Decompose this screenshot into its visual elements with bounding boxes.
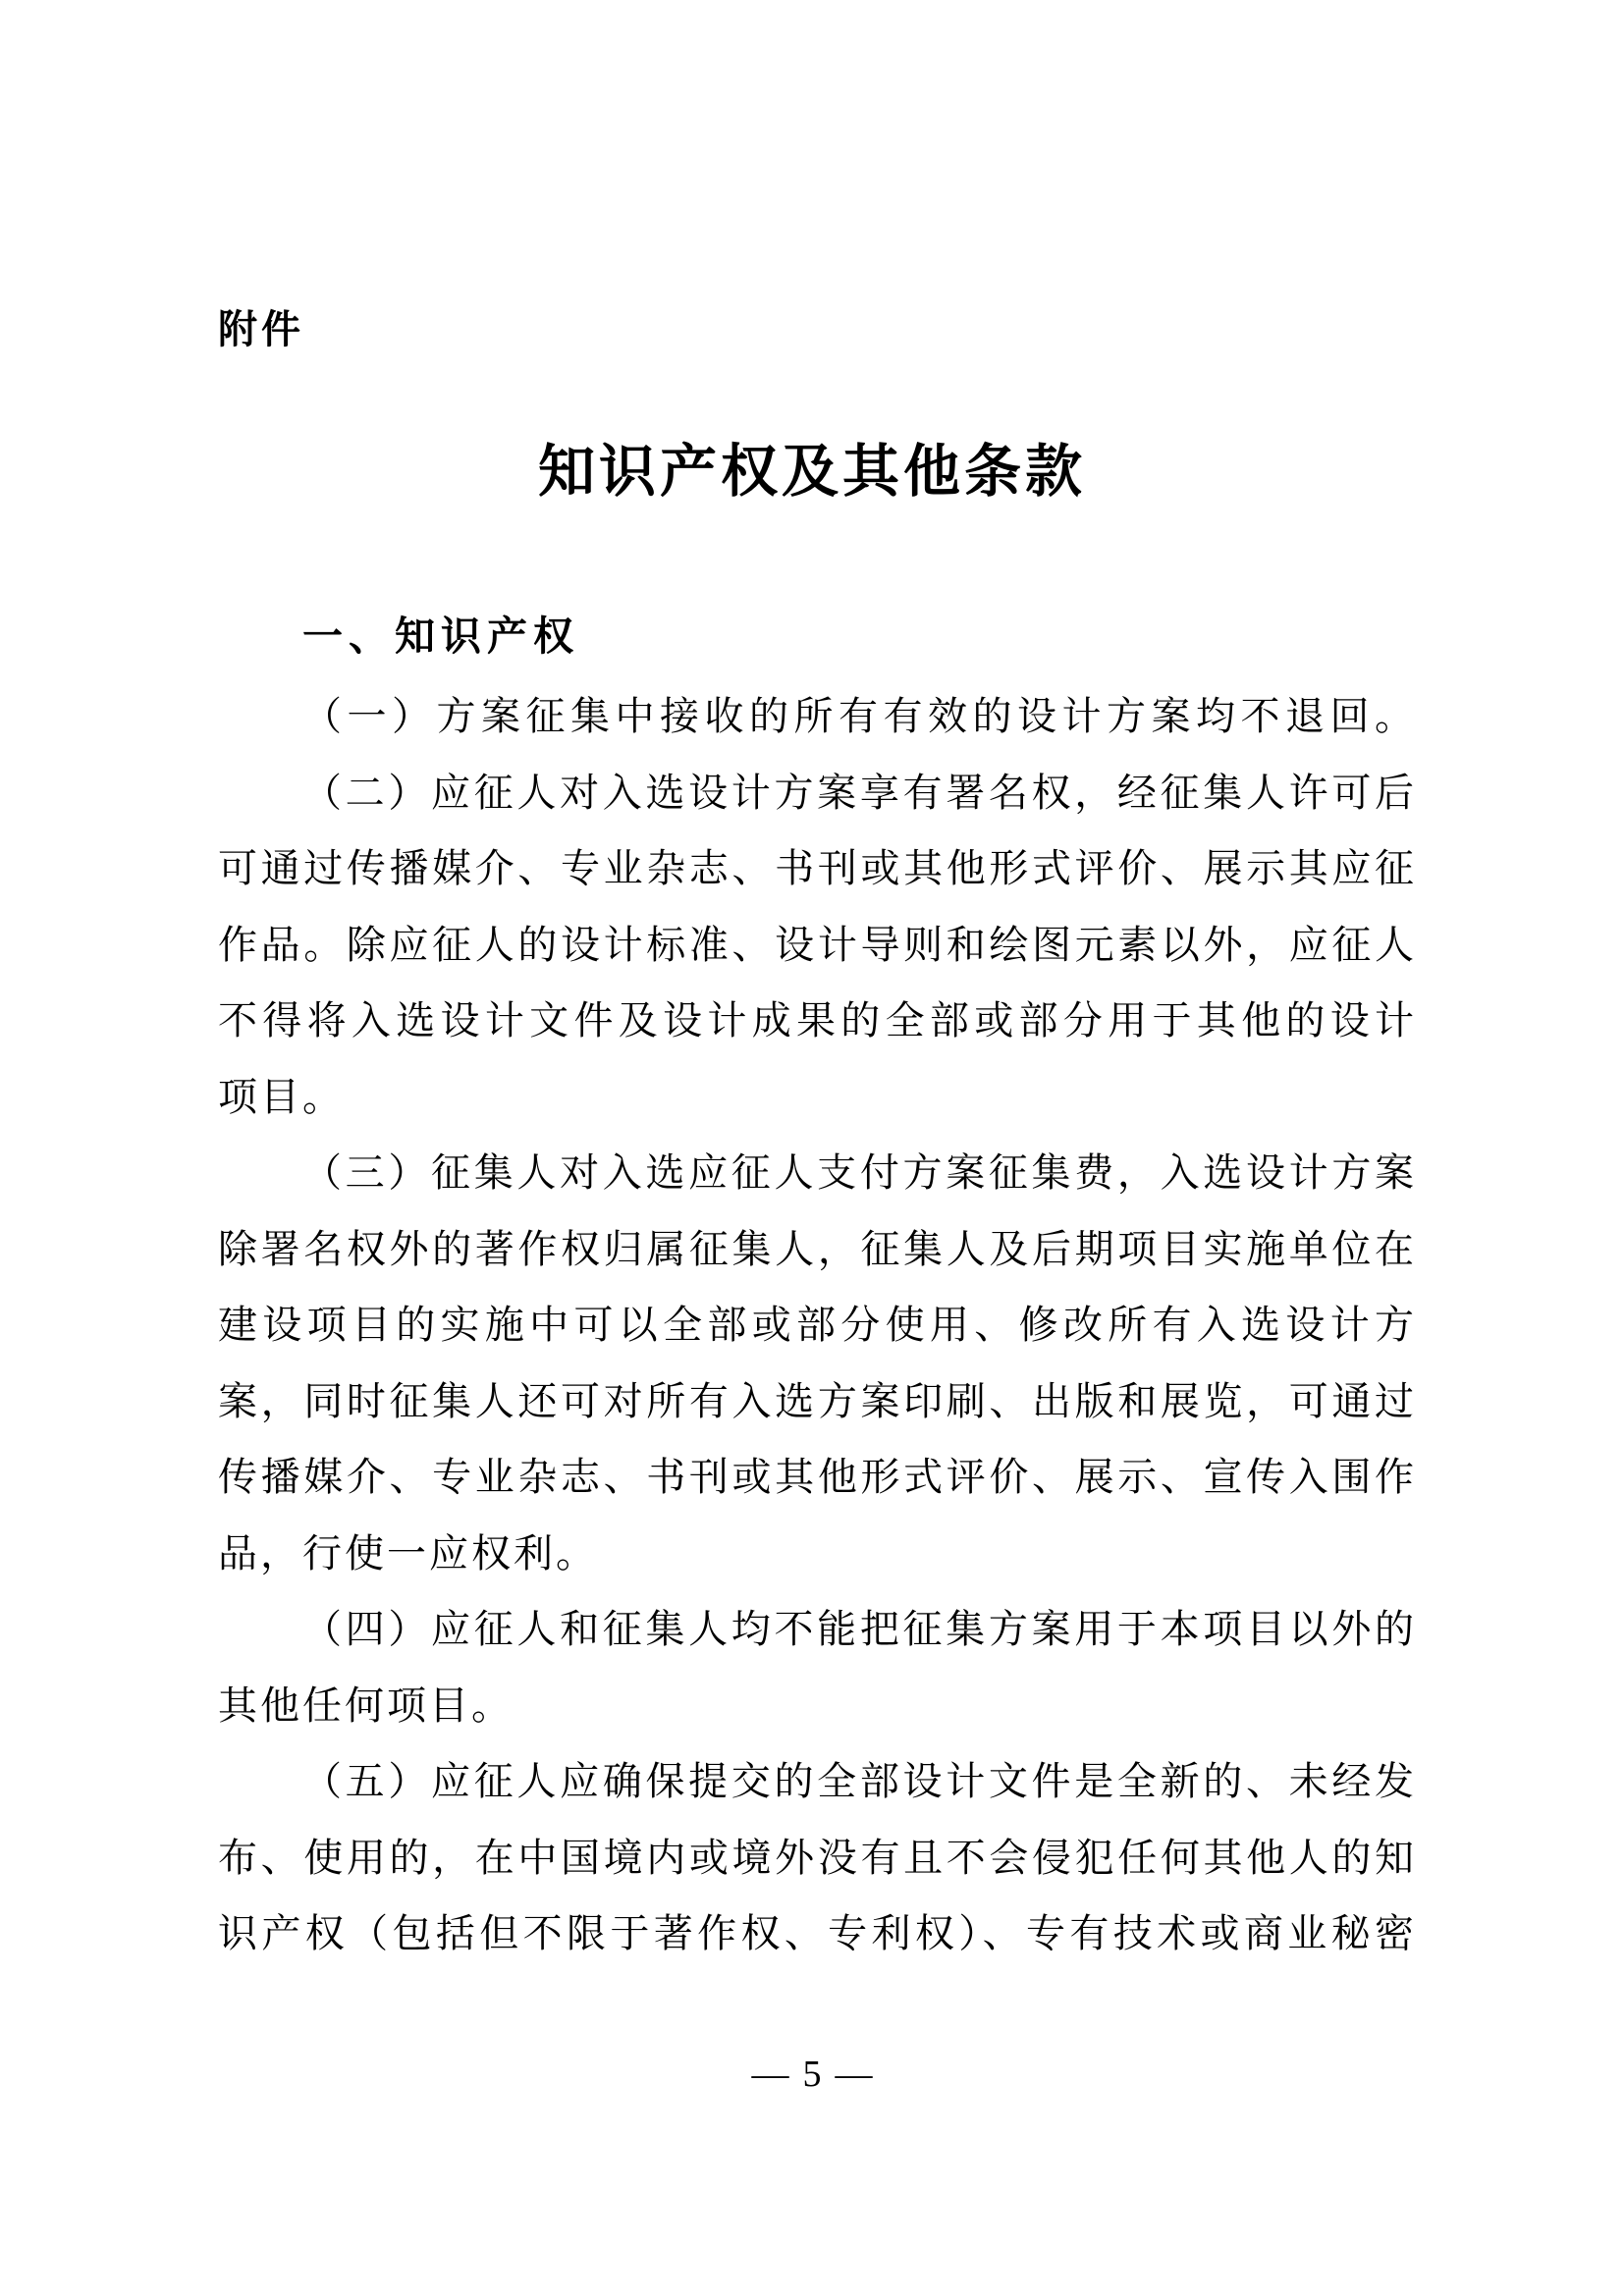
body-line: 可通过传播媒介、专业杂志、书刊或其他形式评价、展示其应征 bbox=[218, 830, 1417, 907]
body-line: （三）征集人对入选应征人支付方案征集费，入选设计方案 bbox=[218, 1135, 1417, 1211]
page-number: 5 bbox=[803, 2054, 822, 2095]
document-title: 知识产权及其他条款 bbox=[0, 444, 1624, 501]
footer-dash-left: — bbox=[752, 2054, 789, 2095]
body-line: （一）方案征集中接收的所有有效的设计方案均不退回。 bbox=[218, 678, 1417, 755]
paragraph: （二）应征人对入选设计方案享有署名权，经征集人许可后可通过传播媒介、专业杂志、书… bbox=[218, 755, 1417, 1136]
document-page: 附件 知识产权及其他条款 一、知识产权 （一）方案征集中接收的所有有效的设计方案… bbox=[0, 0, 1624, 2296]
body-line: 不得将入选设计文件及设计成果的全部或部分用于其他的设计 bbox=[218, 983, 1417, 1059]
body-line: 识产权（包括但不限于著作权、专利权）、专有技术或商业秘密 bbox=[218, 1896, 1417, 1972]
body-line: 品，行使一应权利。 bbox=[218, 1516, 1417, 1592]
paragraph: （三）征集人对入选应征人支付方案征集费，入选设计方案除署名权外的著作权归属征集人… bbox=[218, 1135, 1417, 1591]
section-heading: 一、知识产权 bbox=[302, 616, 579, 657]
body-line: 其他任何项目。 bbox=[218, 1668, 1417, 1744]
body-line: 除署名权外的著作权归属征集人，征集人及后期项目实施单位在 bbox=[218, 1211, 1417, 1288]
page-footer: —5— bbox=[0, 2056, 1624, 2093]
body-line: （四）应征人和征集人均不能把征集方案用于本项目以外的 bbox=[218, 1591, 1417, 1668]
paragraph: （四）应征人和征集人均不能把征集方案用于本项目以外的其他任何项目。 bbox=[218, 1591, 1417, 1743]
body-text: （一）方案征集中接收的所有有效的设计方案均不退回。（二）应征人对入选设计方案享有… bbox=[218, 678, 1417, 1972]
body-line: 案，同时征集人还可对所有入选方案印刷、出版和展览，可通过 bbox=[218, 1363, 1417, 1440]
attachment-label: 附件 bbox=[218, 310, 304, 349]
body-line: 作品。除应征人的设计标准、设计导则和绘图元素以外，应征人 bbox=[218, 907, 1417, 984]
footer-dash-right: — bbox=[836, 2054, 873, 2095]
body-line: （五）应征人应确保提交的全部设计文件是全新的、未经发 bbox=[218, 1743, 1417, 1820]
body-line: 项目。 bbox=[218, 1059, 1417, 1136]
body-line: 传播媒介、专业杂志、书刊或其他形式评价、展示、宣传入围作 bbox=[218, 1439, 1417, 1516]
body-line: 布、使用的，在中国境内或境外没有且不会侵犯任何其他人的知 bbox=[218, 1820, 1417, 1896]
paragraph: （一）方案征集中接收的所有有效的设计方案均不退回。 bbox=[218, 678, 1417, 755]
body-line: （二）应征人对入选设计方案享有署名权，经征集人许可后 bbox=[218, 755, 1417, 831]
paragraph: （五）应征人应确保提交的全部设计文件是全新的、未经发布、使用的，在中国境内或境外… bbox=[218, 1743, 1417, 1972]
body-line: 建设项目的实施中可以全部或部分使用、修改所有入选设计方 bbox=[218, 1287, 1417, 1363]
